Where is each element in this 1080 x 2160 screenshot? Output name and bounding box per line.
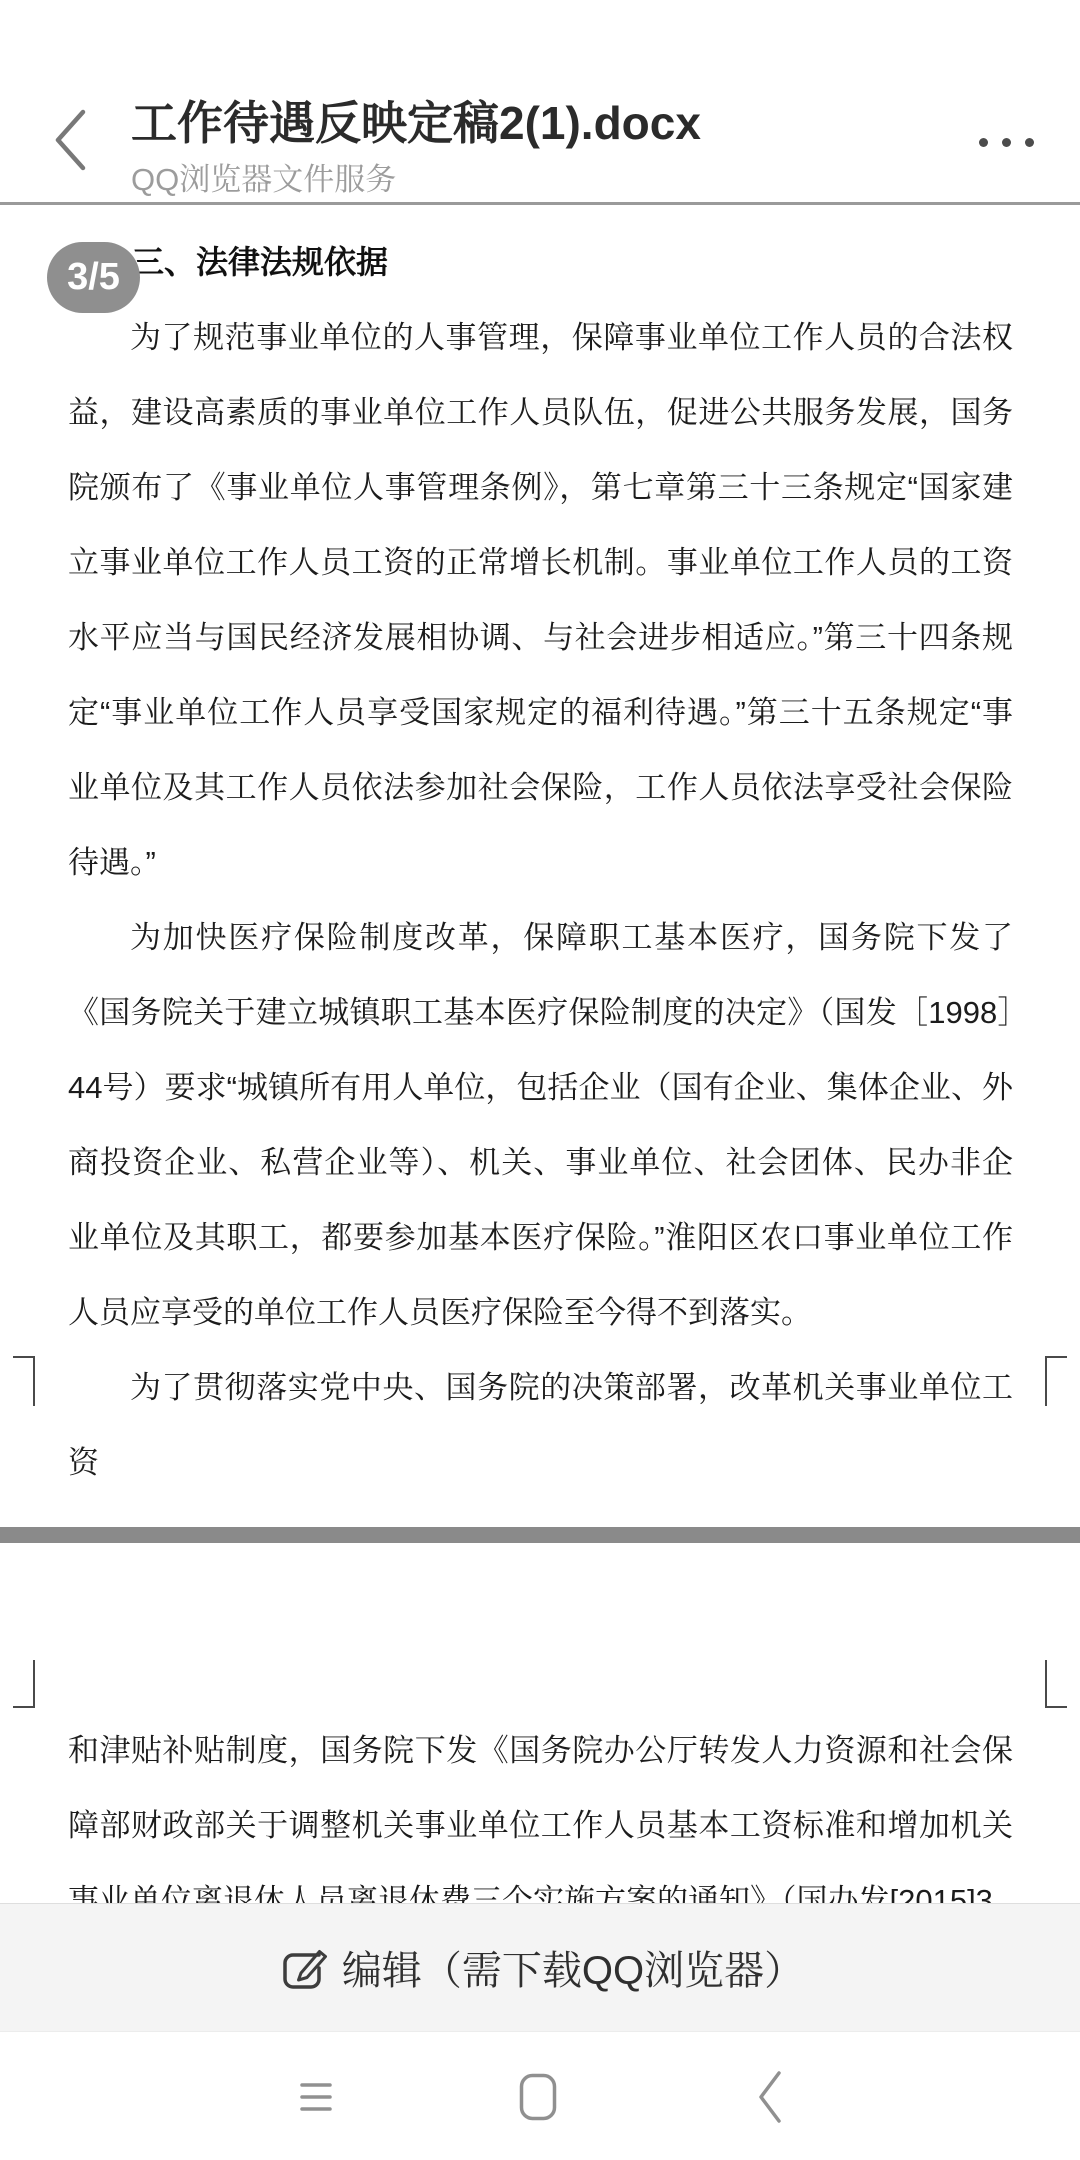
- chevron-left-icon: [51, 107, 89, 173]
- edit-toolbar-label: 编辑（需下载QQ浏览器）: [342, 1939, 804, 1996]
- edit-toolbar-button[interactable]: 编辑（需下载QQ浏览器）: [0, 1903, 1080, 2031]
- home-square-icon: [519, 2073, 557, 2121]
- paragraph-continuation: 和津贴补贴制度，国务院下发《国务院办公厅转发人力资源和社会保障部财政部关于调整机…: [68, 1713, 1013, 1903]
- back-chevron-icon: [757, 2070, 783, 2124]
- page2-corner-mark-right: [1045, 1660, 1067, 1708]
- phone-screen: 工作待遇反映定稿2(1).docx QQ浏览器文件服务 3/5 三、法律法规依据…: [0, 0, 1080, 2160]
- header-titles: 工作待遇反映定稿2(1).docx QQ浏览器文件服务: [131, 94, 931, 200]
- nav-home-button[interactable]: [478, 2032, 598, 2160]
- document-title: 工作待遇反映定稿2(1).docx: [131, 94, 931, 152]
- page1-corner-mark-right: [1045, 1356, 1067, 1406]
- recents-lines-icon: [300, 2082, 332, 2112]
- nav-back-button[interactable]: [710, 2032, 830, 2160]
- document-page-1[interactable]: 三、法律法规依据 为了规范事业单位的人事管理，保障事业单位工作人员的合法权益，建…: [68, 225, 1013, 1500]
- document-viewer-header: 工作待遇反映定稿2(1).docx QQ浏览器文件服务: [0, 0, 1080, 205]
- page-indicator-badge: 3/5: [47, 242, 140, 313]
- navigation-bar: [0, 2031, 1080, 2160]
- more-horizontal-icon: [972, 135, 1041, 150]
- more-menu-button[interactable]: [964, 118, 1048, 166]
- nav-recents-button[interactable]: [256, 2032, 376, 2160]
- paragraph: 为加快医疗保险制度改革，保障职工基本医疗，国务院下发了《国务院关于建立城镇职工基…: [68, 900, 1013, 1350]
- document-page-2[interactable]: 和津贴补贴制度，国务院下发《国务院办公厅转发人力资源和社会保障部财政部关于调整机…: [68, 1713, 1013, 1903]
- compose-edit-icon: [276, 1941, 330, 1995]
- page1-corner-mark-left: [13, 1356, 35, 1406]
- back-button[interactable]: [42, 104, 98, 176]
- paragraph: 为了规范事业单位的人事管理，保障事业单位工作人员的合法权益，建设高素质的事业单位…: [68, 300, 1013, 900]
- page2-corner-mark-left: [13, 1660, 35, 1708]
- document-source: QQ浏览器文件服务: [131, 160, 931, 200]
- page-separator: [0, 1527, 1080, 1543]
- section-heading: 三、法律法规依据: [68, 225, 1013, 300]
- paragraph: 为了贯彻落实党中央、国务院的决策部署，改革机关事业单位工资: [68, 1350, 1013, 1500]
